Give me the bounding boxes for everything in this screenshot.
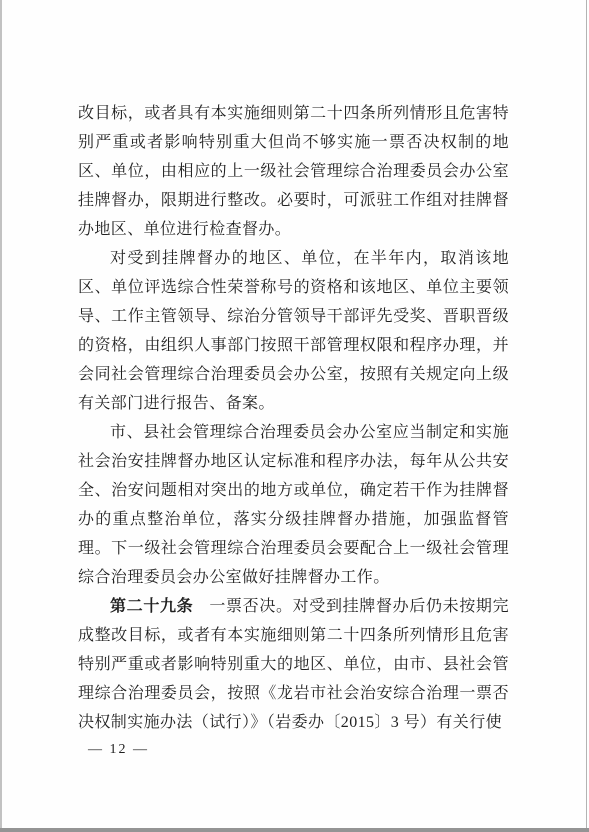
paragraph-sanction-measures: 对受到挂牌督办的地区、单位，在半年内，取消该地区、单位评选综合性荣誉称号的资格和… <box>78 244 509 418</box>
article-number-label: 第二十九条 <box>110 598 193 615</box>
document-page: 改目标，或者具有本实施细则第二十四条所列情形且危害特别严重或者影响特别重大但尚不… <box>0 0 589 832</box>
article-29-text: 一票否决。对受到挂牌督办后仍未按期完成整改目标，或者有本实施细则第二十四条所列情… <box>78 598 509 731</box>
document-body: 改目标，或者具有本实施细则第二十四条所列情形且危害特别严重或者影响特别重大但尚不… <box>78 99 509 737</box>
scan-edge-left <box>0 0 2 832</box>
page-number: — 12 — <box>88 742 149 758</box>
paragraph-article-29: 第二十九条一票否决。对受到挂牌督办后仍未按期完成整改目标，或者有本实施细则第二十… <box>78 592 509 737</box>
scan-edge-right <box>586 0 587 832</box>
paragraph-continuation: 改目标，或者具有本实施细则第二十四条所列情形且危害特别严重或者影响特别重大但尚不… <box>78 99 509 244</box>
scan-edge-bottom <box>0 828 589 832</box>
paragraph-supervision-standards: 市、县社会管理综合治理委员会办公室应当制定和实施社会治安挂牌督办地区认定标准和程… <box>78 418 509 592</box>
